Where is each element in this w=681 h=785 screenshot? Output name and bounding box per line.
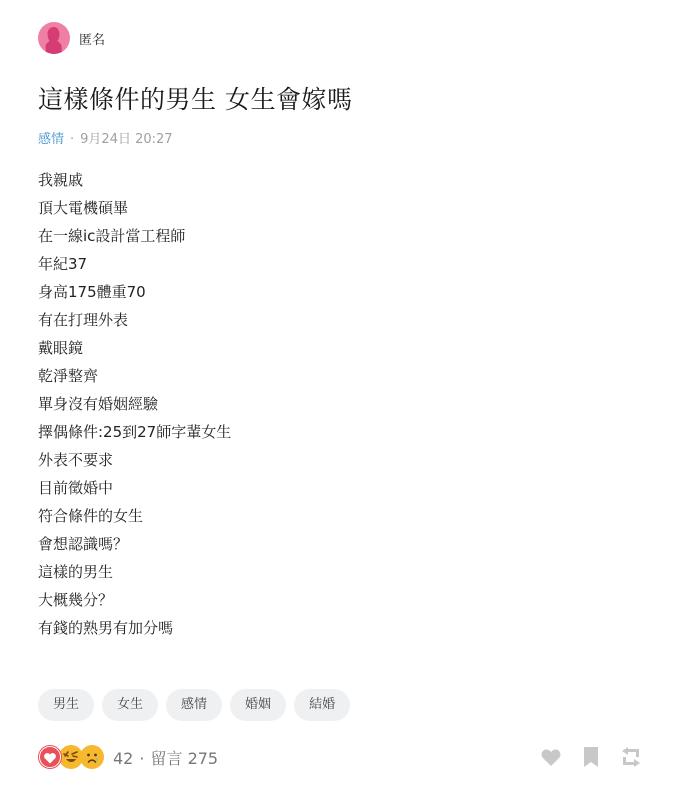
female-silhouette-icon — [38, 22, 70, 54]
laughing-reaction-icon — [59, 745, 83, 769]
reaction-count: 42 — [113, 749, 133, 768]
body-line: 符合條件的女生 — [38, 502, 231, 530]
author-info: 匿名 — [38, 22, 105, 54]
post-title: 這樣條件的男生 女生會嫁嗎 — [38, 80, 352, 116]
tag-chip[interactable]: 感情 — [166, 689, 222, 721]
comment-count[interactable]: 275 — [188, 749, 219, 768]
body-line: 外表不要求 — [38, 446, 231, 474]
body-line: 戴眼鏡 — [38, 334, 231, 362]
body-line: 頂大電機碩畢 — [38, 194, 231, 222]
like-icon — [540, 747, 562, 767]
category-link[interactable]: 感情 — [38, 132, 64, 147]
post-timestamp: 9月24日 20:27 — [80, 132, 172, 147]
comment-label[interactable]: 留言 — [150, 749, 182, 768]
post-meta: 感情·9月24日 20:27 — [38, 128, 173, 147]
body-line: 這樣的男生 — [38, 558, 231, 586]
body-line: 單身沒有婚姻經驗 — [38, 390, 231, 418]
share-icon — [621, 746, 641, 768]
tag-list: 男生 女生 感情 婚姻 結婚 — [38, 689, 358, 721]
tag-chip[interactable]: 男生 — [38, 689, 94, 721]
bookmark-button[interactable] — [579, 745, 603, 769]
body-line: 乾淨整齊 — [38, 362, 231, 390]
body-line: 有在打理外表 — [38, 306, 231, 334]
tag-chip[interactable]: 結婚 — [294, 689, 350, 721]
tag-chip[interactable]: 女生 — [102, 689, 158, 721]
like-button[interactable] — [539, 745, 563, 769]
avatar[interactable] — [38, 22, 70, 54]
sad-reaction-icon — [80, 745, 104, 769]
meta-separator: · — [70, 132, 74, 147]
body-line: 有錢的熟男有加分嗎 — [38, 614, 231, 642]
body-line: 我親戚 — [38, 166, 231, 194]
body-line: 擇偶條件:25到27師字輩女生 — [38, 418, 231, 446]
post-footer: 42·留言 275 — [38, 742, 643, 772]
engagement-counts: 42·留言 275 — [113, 746, 218, 769]
body-line: 在一線ic設計當工程師 — [38, 222, 231, 250]
heart-reaction-icon — [38, 745, 62, 769]
tag-chip[interactable]: 婚姻 — [230, 689, 286, 721]
bookmark-icon — [582, 746, 600, 768]
body-line: 大概幾分？ — [38, 586, 231, 614]
post-actions — [523, 745, 643, 769]
body-line: 目前徵婚中 — [38, 474, 231, 502]
share-button[interactable] — [619, 745, 643, 769]
body-line: 會想認識嗎？ — [38, 530, 231, 558]
author-name: 匿名 — [79, 29, 105, 48]
body-line: 身高175體重70 — [38, 278, 231, 306]
count-separator: · — [139, 749, 144, 768]
reaction-summary[interactable] — [38, 745, 101, 769]
body-line: 年紀37 — [38, 250, 231, 278]
post-body: 我親戚 頂大電機碩畢 在一線ic設計當工程師 年紀37 身高175體重70 有在… — [38, 166, 231, 642]
